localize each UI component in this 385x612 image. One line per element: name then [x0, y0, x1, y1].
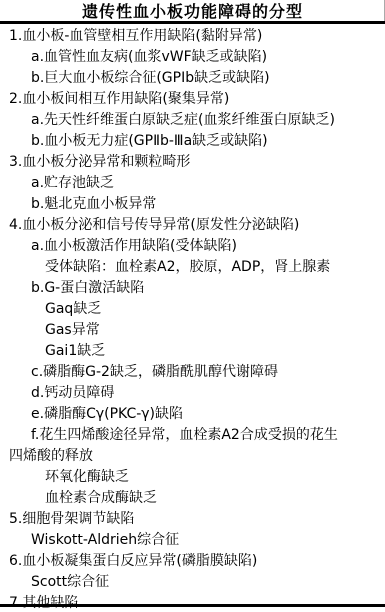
page-title: 遗传性血小板功能障碍的分型 [0, 3, 385, 21]
bottom-border-rule [0, 604, 385, 607]
list-line: b.G-蛋白激活缺陷 [0, 278, 385, 299]
list-line: b.魁北克血小板异常 [0, 194, 385, 215]
classification-table: 遗传性血小板功能障碍的分型 1.血小板-血管壁相互作用缺陷(黏附异常)a.血管性… [0, 0, 385, 612]
list-line: 4.血小板分泌和信号传导异常(原发性分泌缺陷) [0, 215, 385, 236]
list-line: 2.血小板间相互作用缺陷(聚集异常) [0, 89, 385, 110]
list-line: 7.其他缺陷 [0, 593, 385, 612]
list-line: Gaq缺乏 [0, 299, 385, 320]
list-line: a.先天性纤维蛋白原缺乏症(血浆纤维蛋白原缺乏) [0, 110, 385, 131]
list-line: 四烯酸的释放 [0, 446, 385, 467]
list-line: a.贮存池缺乏 [0, 173, 385, 194]
list-line: 血栓素合成酶缺乏 [0, 488, 385, 509]
list-line: f.花生四烯酸途径异常，血栓素A2合成受损的花生 [0, 425, 385, 446]
list-line: a.血管性血友病(血浆vWF缺乏或缺陷) [0, 47, 385, 68]
list-line: a.血小板激活作用缺陷(受体缺陷) [0, 236, 385, 257]
classification-list: 1.血小板-血管壁相互作用缺陷(黏附异常)a.血管性血友病(血浆vWF缺乏或缺陷… [0, 26, 385, 612]
list-line: Gai1缺乏 [0, 341, 385, 362]
list-line: 3.血小板分泌异常和颗粒畸形 [0, 152, 385, 173]
list-line: d.钙动员障碍 [0, 383, 385, 404]
list-line: Wiskott-Aldrieh综合征 [0, 530, 385, 551]
list-line: Scott综合征 [0, 572, 385, 593]
list-line: 5.细胞骨架调节缺陷 [0, 509, 385, 530]
list-line: 6.血小板凝集蛋白反应异常(磷脂膜缺陷) [0, 551, 385, 572]
list-line: 环氧化酶缺乏 [0, 467, 385, 488]
list-line: b.巨大血小板综合征(GPIb缺乏或缺陷) [0, 68, 385, 89]
list-line: c.磷脂酶G-2缺乏，磷脂酰肌醇代谢障碍 [0, 362, 385, 383]
list-line: Gas异常 [0, 320, 385, 341]
list-line: e.磷脂酶Cγ(PKC-γ)缺陷 [0, 404, 385, 425]
list-line: 1.血小板-血管壁相互作用缺陷(黏附异常) [0, 26, 385, 47]
list-line: 受体缺陷：血栓素A2，胶原，ADP，肾上腺素 [0, 257, 385, 278]
title-divider-rule [0, 21, 385, 24]
list-line: b.血小板无力症(GPⅡb-Ⅲa缺乏或缺陷) [0, 131, 385, 152]
